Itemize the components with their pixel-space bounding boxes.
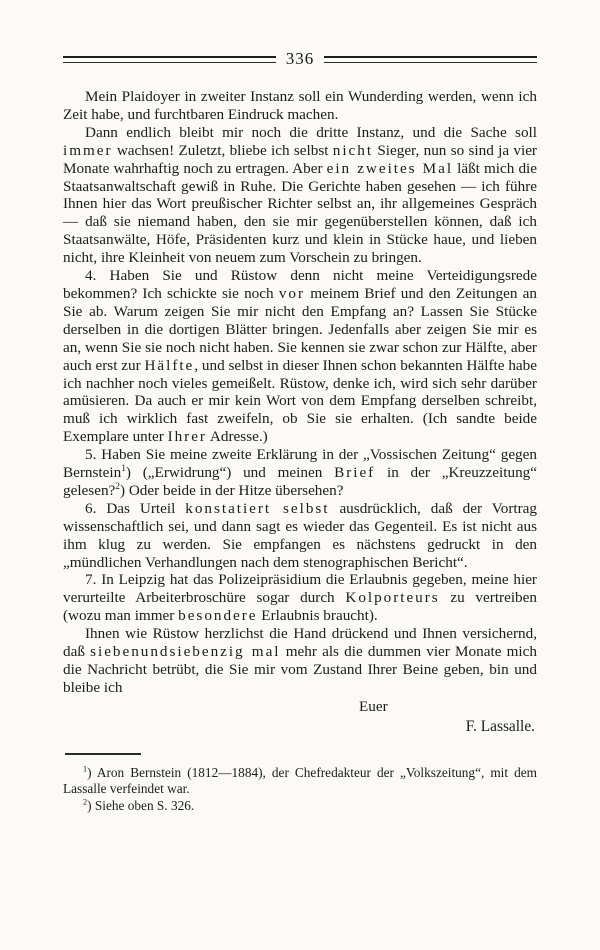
- text-run: vor: [279, 285, 305, 302]
- text-run: Kolporteurs: [345, 589, 439, 606]
- text-run: 6. Das Urteil: [85, 500, 185, 517]
- text-run: ) Siehe oben S. 326.: [87, 798, 194, 813]
- text-run: Ihrer: [168, 428, 207, 445]
- page-header: 336: [63, 52, 537, 66]
- paragraph: Ihnen wie Rüstow herzlichst die Hand drü…: [63, 625, 537, 697]
- header-rule-left: [63, 56, 276, 63]
- text-run: Dann endlich bleibt mir noch die dritte …: [85, 124, 537, 141]
- text-run: Hälfte: [144, 357, 194, 374]
- letter-body: Mein Plaidoyer in zweiter Instanz soll e…: [63, 88, 537, 814]
- closing-salutation: Euer: [63, 698, 537, 716]
- paragraphs-container: Mein Plaidoyer in zweiter Instanz soll e…: [63, 88, 537, 697]
- book-page: 336 Mein Plaidoyer in zweiter Instanz so…: [0, 0, 600, 950]
- page-number: 336: [276, 52, 325, 66]
- text-run: ein zweites Mal: [327, 160, 453, 177]
- text-run: Mein Plaidoyer in zweiter Instanz soll e…: [63, 88, 537, 123]
- signature: F. Lassalle.: [63, 718, 537, 736]
- paragraph: 6. Das Urteil konstatiert selbst ausdrüc…: [63, 500, 537, 572]
- text-run: nicht: [333, 142, 373, 159]
- header-rule-right: [324, 56, 537, 63]
- paragraph: 5. Haben Sie meine zweite Erklärung in d…: [63, 446, 537, 500]
- footnotes-container: 1) Aron Bernstein (1812—1884), der Chefr…: [63, 765, 537, 815]
- text-run: wachsen! Zuletzt, bliebe ich selbst: [113, 142, 333, 159]
- footnote-separator: [65, 753, 141, 755]
- text-run: Adresse.): [207, 428, 268, 445]
- text-run: ) („Erwidrung“) und meinen: [126, 464, 334, 481]
- footnote: 1) Aron Bernstein (1812—1884), der Chefr…: [63, 765, 537, 798]
- text-run: ) Oder beide in der Hitze übersehen?: [120, 482, 344, 499]
- text-run: konstatiert selbst: [185, 500, 329, 517]
- text-run: Brief: [334, 464, 375, 481]
- paragraph: 7. In Leipzig hat das Polizeipräsidium d…: [63, 571, 537, 625]
- text-run: siebenundsiebenzig mal: [90, 643, 280, 660]
- footnote: 2) Siehe oben S. 326.: [63, 798, 537, 815]
- text-run: Erlaubnis braucht).: [258, 607, 378, 624]
- paragraph: Dann endlich bleibt mir noch die dritte …: [63, 124, 537, 267]
- paragraph: 4. Haben Sie und Rüstow denn nicht meine…: [63, 267, 537, 446]
- text-run: besondere: [178, 607, 257, 624]
- text-run: immer: [63, 142, 113, 159]
- text-run: ) Aron Bernstein (1812—1884), der Chefre…: [63, 765, 537, 797]
- paragraph: Mein Plaidoyer in zweiter Instanz soll e…: [63, 88, 537, 124]
